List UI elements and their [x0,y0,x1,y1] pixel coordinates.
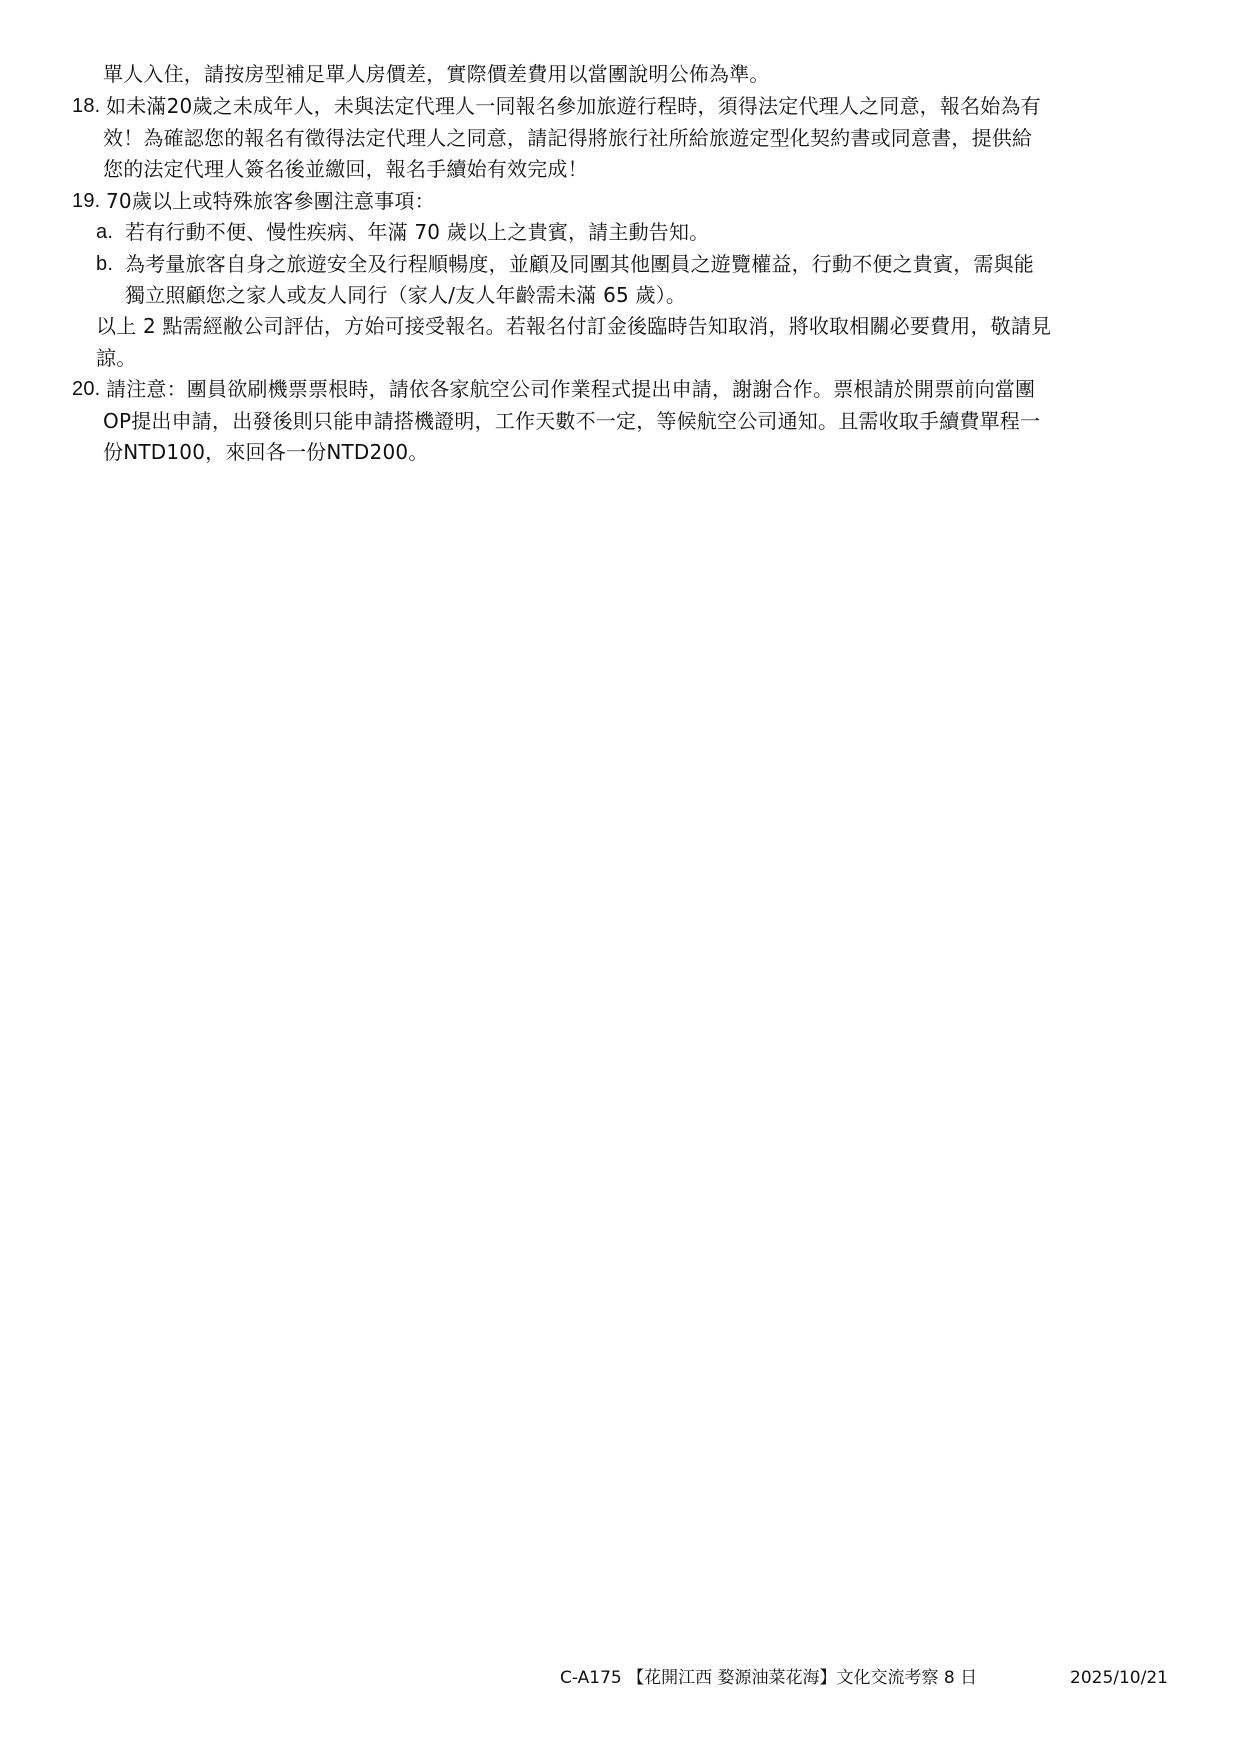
item-text-line: 70歲以上或特殊旅客參團注意事項： [106,189,435,213]
item-text-line: 您的法定代理人簽名後並繳回，報名手續始有效完成！ [103,157,588,181]
note-line: 諒。 [96,346,136,370]
item-text-line: 份NTD100，來回各一份NTD200。 [103,440,429,464]
footer-code: C-A175 [560,1668,622,1688]
subitem-label: a. [96,220,113,244]
subitem-text-line: 若有行動不便、慢性疾病、年滿 70 歲以上之貴賓，請主動告知。 [125,220,709,244]
footer-date: 2025/10/21 [1070,1667,1168,1689]
document-page: 單人入住，請按房型補足單人房價差，實際價差費用以當團說明公佈為準。 18. 如未… [0,0,1241,1755]
page-footer: C-A175 【花開江西 婺源油菜花海】文化交流考察 8 日 2025/10/2… [560,1667,977,1689]
subitem-text-line: 獨立照顧您之家人或友人同行（家人/友人年齡需未滿 65 歲）。 [125,283,686,307]
item-number: 18. [72,94,100,118]
subitem-text-line: 為考量旅客自身之旅遊安全及行程順暢度，並顧及同團其他團員之遊覽權益，行動不便之貴… [125,252,1034,276]
item-text-line: OP提出申請，出發後則只能申請搭機證明，工作天數不一定，等候航空公司通知。且需收… [103,409,1040,433]
item-number: 20. [72,377,100,401]
item-text-line: 效！為確認您的報名有徵得法定代理人之同意，請記得將旅行社所給旅遊定型化契約書或同… [103,126,1032,150]
note-line: 以上 2 點需經敝公司評估，方始可接受報名。若報名付訂金後臨時告知取消，將收取相… [96,314,1051,338]
footer-title: 【花開江西 婺源油菜花海】文化交流考察 8 日 [627,1668,977,1688]
item-number: 19. [72,189,100,213]
subitem-label: b. [96,252,113,276]
item-text-line: 請注意：團員欲刷機票票根時，請依各家航空公司作業程式提出申請，謝謝合作。票根請於… [106,377,1035,401]
continuation-line: 單人入住，請按房型補足單人房價差，實際價差費用以當團說明公佈為準。 [103,62,770,86]
item-text-line: 如未滿20歲之未成年人，未與法定代理人一同報名參加旅遊行程時，須得法定代理人之同… [106,94,1041,118]
